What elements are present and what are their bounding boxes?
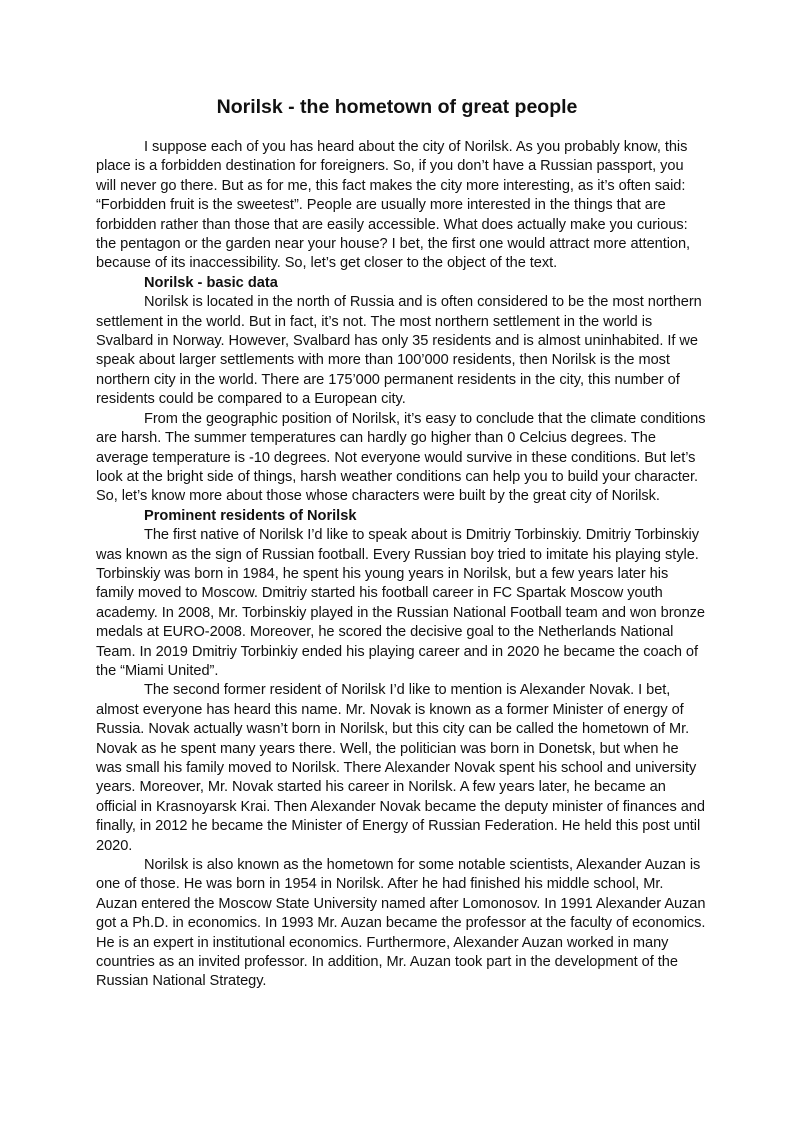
paragraph-auzan: Norilsk is also known as the hometown fo… xyxy=(96,856,706,992)
paragraph-novak: The second former resident of Norilsk I’… xyxy=(96,681,706,856)
paragraph-torbinskiy: The first native of Norilsk I’d like to … xyxy=(96,526,706,681)
paragraph-climate: From the geographic position of Norilsk,… xyxy=(96,410,706,507)
document-page: Norilsk - the hometown of great people I… xyxy=(96,94,706,992)
section-heading-basic-data: Norilsk - basic data xyxy=(96,274,706,293)
intro-paragraph: I suppose each of you has heard about th… xyxy=(96,138,706,274)
paragraph-location: Norilsk is located in the north of Russi… xyxy=(96,293,706,409)
document-title: Norilsk - the hometown of great people xyxy=(96,94,698,120)
section-heading-prominent-residents: Prominent residents of Norilsk xyxy=(96,507,706,526)
